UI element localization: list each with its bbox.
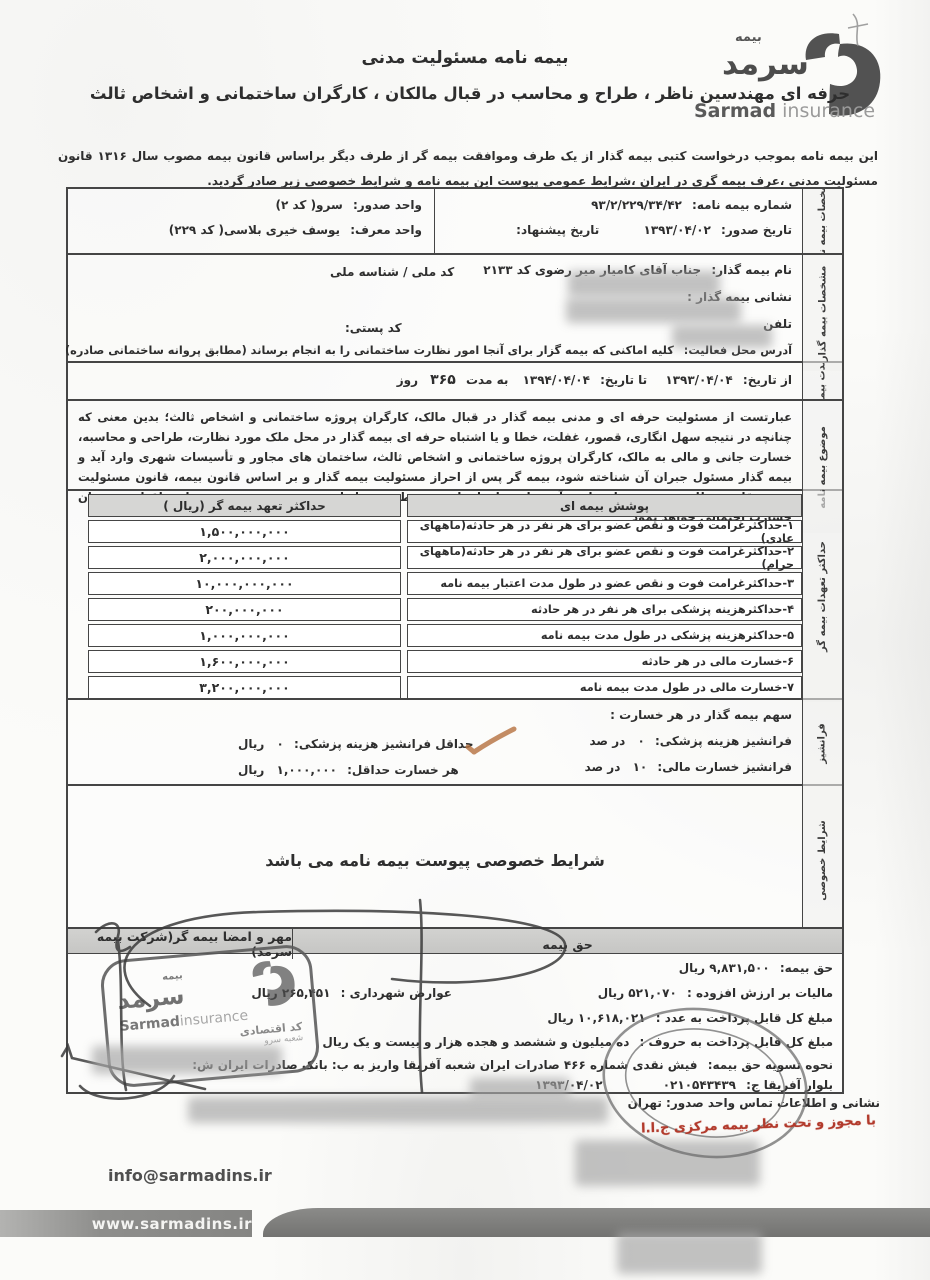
duration-from-label: از تاریخ: [743, 373, 792, 387]
redaction-contact-info [188, 1097, 608, 1123]
coverage-amount: ۱,۶۰۰,۰۰۰,۰۰۰ [88, 650, 401, 673]
issuing-unit-value: سرو( کد ۲) [275, 198, 342, 212]
referrer-unit-value: یوسف خیری بلاسی( کد ۲۲۹) [169, 223, 340, 237]
side-label-duration: مدت بیمه [802, 363, 842, 399]
duration-days-value: ۳۶۵ [430, 372, 456, 388]
coverage-row: ۲-حداکثرغرامت فوت و نقص عضو برای هر نفر … [68, 546, 802, 569]
insured-name-label: نام بیمه گذار: [711, 263, 792, 277]
settlement-line2: بلوار آفریقا ج: ۰۲۱۰۵۴۳۴۳۹ ۱۳۹۳/۰۴/۰۲ [535, 1078, 833, 1092]
coverage-amount: ۱۰,۰۰۰,۰۰۰,۰۰۰ [88, 572, 401, 595]
duration-from-value: ۱۳۹۳/۰۴/۰۴ [665, 373, 732, 387]
premium-header-row: حق بیمه مهر و امضا بیمه گر(شرکت بیمه سرم… [68, 929, 842, 954]
medical-deductible-row: فرانشیز هزینه پزشکی: ۰ در صد حداقل فرانش… [78, 734, 792, 760]
premium-label: حق بیمه: [780, 961, 833, 975]
coverage-label: ۳-حداکثرغرامت فوت و نقص عضو در طول مدت ا… [407, 572, 802, 595]
duration-for-label: به مدت [466, 373, 508, 387]
municipal-label: عوارض شهرداری : [341, 986, 452, 1000]
coverage-amount: ۳,۲۰۰,۰۰۰,۰۰۰ [88, 676, 401, 699]
redaction-bottom-2 [617, 1232, 762, 1274]
total-digits-line: مبلغ کل قابل پرداخت به عدد : ۱۰,۶۱۸,۰۲۱ … [547, 1011, 833, 1025]
redaction-stamp-code [92, 1046, 282, 1074]
proposal-date-label: تاریخ پیشنهاد: [516, 223, 599, 237]
coverage-amount: ۱,۵۰۰,۰۰۰,۰۰۰ [88, 520, 401, 543]
website-bar: www.sarmadins.ir [0, 1210, 252, 1237]
policy-specs-content: شماره بیمه نامه: ۹۳/۲/۲۲۹/۳۴/۴۲ تاریخ صد… [68, 189, 802, 253]
stamp-logo-icon [244, 951, 301, 1011]
stamp-sarmad-text: سرمد [116, 981, 185, 1015]
redaction-account [470, 1078, 570, 1098]
side-label-insured: مشخصات بیمه گذار [802, 255, 842, 371]
settlement-address: بلوار آفریقا ج: [746, 1078, 833, 1092]
policy-number-row: شماره بیمه نامه: ۹۳/۲/۲۲۹/۳۴/۴۲ [445, 198, 792, 212]
footer-swoosh-graphic [263, 1208, 930, 1237]
coverage-row: ۵-حداکثرهزینه پزشکی در طول مدت بیمه نامه… [68, 624, 802, 647]
premium-value: ۹,۸۳۱,۵۰۰ ریال [679, 961, 770, 975]
vat-label: مالیات بر ارزش افزوده : [687, 986, 833, 1000]
policy-number-label: شماره بیمه نامه: [692, 198, 792, 212]
redaction-address [566, 298, 741, 323]
redaction-phone [672, 325, 772, 348]
section-duration: مدت بیمه از تاریخ: ۱۳۹۳/۰۴/۰۴ تا تاریخ: … [68, 363, 842, 401]
deductible-title-row: سهم بیمه گذار در هر خسارت : [78, 708, 792, 734]
coverage-row: ۴-حداکثرهزینه پزشکی برای هر نفر در هر حا… [68, 598, 802, 621]
duration-days-unit: روز [397, 373, 418, 387]
coverage-col-header: پوشش بیمه ای [407, 494, 802, 517]
section-coverage: حداکثر تعهدات بیمه گر پوشش بیمه ای حداکث… [68, 491, 842, 700]
section-deductible: فرانشیز سهم بیمه گذار در هر خسارت : فران… [68, 700, 842, 786]
section-subject: موضوع بیمه نامه عبارتست از مسئولیت حرفه … [68, 401, 842, 491]
medical-min-value: ۰ [277, 737, 284, 751]
duration-to-label: تا تاریخ: [600, 373, 647, 387]
medical-min-label: حداقل فرانشیز هزینه پزشکی: [294, 737, 473, 751]
side-label-text: مشخصات بیمه گذار [817, 265, 828, 361]
coverage-amount: ۲۰۰,۰۰۰,۰۰۰ [88, 598, 401, 621]
national-id-label: کد ملی / شناسه ملی [330, 265, 454, 279]
logo-latin-text: Sarmad insurance [694, 100, 875, 122]
website-text: www.sarmadins.ir [92, 1215, 252, 1233]
financial-min-value: ۱,۰۰۰,۰۰۰ [277, 763, 337, 777]
document-subtitle: حرفه ای مهندسین ناظر ، طراح و محاسب در ق… [70, 84, 870, 103]
coverage-row: ۶-خسارت مالی در هر حادثه ۱,۶۰۰,۰۰۰,۰۰۰ [68, 650, 802, 673]
deductible-content: سهم بیمه گذار در هر خسارت : فرانشیز هزین… [68, 700, 802, 786]
coverage-table: پوشش بیمه ای حداکثر تعهد بیمه گر (ریال )… [68, 491, 802, 702]
policy-specs-right: شماره بیمه نامه: ۹۳/۲/۲۲۹/۳۴/۴۲ تاریخ صد… [434, 189, 802, 253]
duration-to-value: ۱۳۹۴/۰۴/۰۴ [523, 373, 590, 387]
coverage-label: ۶-خسارت مالی در هر حادثه [407, 650, 802, 673]
side-label-special: شرایط خصوصی [802, 786, 842, 935]
financial-min-label: هر خسارت حداقل: [347, 763, 459, 777]
percent-unit: در صد [585, 760, 621, 774]
section-policy-specs: مشخصات بیمه نامه شماره بیمه نامه: ۹۳/۲/۲… [68, 189, 842, 255]
coverage-amount: ۲,۰۰۰,۰۰۰,۰۰۰ [88, 546, 401, 569]
coverage-label: ۷-خسارت مالی در طول مدت بیمه نامه [407, 676, 802, 699]
duration-content: از تاریخ: ۱۳۹۳/۰۴/۰۴ تا تاریخ: ۱۳۹۴/۰۴/۰… [68, 363, 802, 399]
coverage-row: ۱-حداکثرغرامت فوت و نقص عضو برای هر نفر … [68, 520, 802, 543]
coverage-label: ۲-حداکثرغرامت فوت و نقص عضو برای هر نفر … [407, 546, 802, 569]
rial-unit: ریال [238, 737, 264, 751]
stamp-fa-text: بیمه سرمد [115, 970, 185, 1015]
side-label-text: مشخصات بیمه نامه [817, 189, 828, 253]
rial-unit: ریال [238, 763, 264, 777]
coverage-label: ۴-حداکثرهزینه پزشکی برای هر نفر در هر حا… [407, 598, 802, 621]
activity-value: کلیه اماکنی که بیمه گزار برای آنجا امور … [65, 344, 674, 357]
financial-deductible-value: ۱۰ [633, 760, 648, 774]
premium-amount-line: حق بیمه: ۹,۸۳۱,۵۰۰ ریال [679, 961, 833, 975]
logo-sarmad-text: سرمد [722, 46, 809, 82]
side-label-coverage: حداکثر تعهدات بیمه گر [802, 491, 842, 702]
vat-value: ۵۲۱,۰۷۰ ریال [598, 986, 677, 1000]
total-words-line: مبلغ کل قابل پرداخت به حروف : ده میلیون … [322, 1035, 833, 1049]
percent-unit: در صد [589, 734, 625, 748]
referrer-unit-label: واحد معرف: [350, 223, 422, 237]
total-digits-label: مبلغ کل قابل پرداخت به عدد : [656, 1011, 833, 1025]
referrer-unit-row: واحد معرف: یوسف خیری بلاسی( کد ۲۲۹) [80, 223, 422, 237]
issuing-unit-label: واحد صدور: [353, 198, 422, 212]
side-label-text: فرانشیز [817, 723, 828, 763]
logo-latin-light: insurance [782, 100, 875, 122]
settlement-label: نحوه تسویه حق بیمه: [708, 1058, 833, 1072]
email-text: info@sarmadins.ir [108, 1166, 272, 1185]
coverage-label: ۵-حداکثرهزینه پزشکی در طول مدت بیمه نامه [407, 624, 802, 647]
policy-number-value: ۹۳/۲/۲۲۹/۳۴/۴۲ [591, 198, 682, 212]
postal-code-label: کد پستی: [345, 321, 402, 335]
total-words-value: ده میلیون و ششصد و هجده هزار و بیست و یک… [322, 1035, 629, 1049]
financial-deductible-label: فرانشیز خسارت مالی: [657, 760, 792, 774]
central-insurance-red-stamp: با مجوز و تحت نظر بیمه مرکزی ج.ا.ا [606, 1113, 876, 1137]
side-label-text: حداکثر تعهدات بیمه گر [817, 541, 828, 652]
side-label-deductible: فرانشیز [802, 700, 842, 786]
side-label-policy-specs: مشخصات بیمه نامه [802, 189, 842, 253]
coverage-row: ۳-حداکثرغرامت فوت و نقص عضو در طول مدت ا… [68, 572, 802, 595]
coverage-header-row: پوشش بیمه ای حداکثر تعهد بیمه گر (ریال ) [68, 494, 802, 517]
financial-deductible-row: فرانشیز خسارت مالی: ۱۰ در صد هر خسارت حد… [78, 760, 792, 786]
account-number: ۰۲۱۰۵۴۳۴۳۹ [663, 1078, 736, 1092]
document-title: بیمه نامه مسئولیت مدنی [250, 48, 680, 68]
special-conditions-text: شرایط خصوصی پیوست بیمه نامه می باشد [68, 786, 802, 935]
side-label-text: مدت بیمه [817, 363, 828, 399]
total-words-label: مبلغ کل قابل پرداخت به حروف : [640, 1035, 833, 1049]
coverage-label: ۱-حداکثرغرامت فوت و نقص عضو برای هر نفر … [407, 520, 802, 543]
issue-date-value: ۱۳۹۳/۰۴/۰۲ [644, 223, 711, 237]
issue-date-label: تاریخ صدور: [721, 223, 792, 237]
coverage-row: ۷-خسارت مالی در طول مدت بیمه نامه ۳,۲۰۰,… [68, 676, 802, 699]
total-digits-value: ۱۰,۶۱۸,۰۲۱ ریال [547, 1011, 645, 1025]
section-special-conditions: شرایط خصوصی شرایط خصوصی پیوست بیمه نامه … [68, 786, 842, 935]
side-label-text: شرایط خصوصی [817, 820, 828, 901]
logo-bime-text: بیمه [735, 30, 762, 45]
vat-line: مالیات بر ارزش افزوده : ۵۲۱,۰۷۰ ریال [598, 986, 833, 1000]
scanned-insurance-policy: بیمه سرمد Sarmad insurance بیمه نامه مسئ… [0, 0, 930, 1280]
deductible-title: سهم بیمه گذار در هر خسارت : [610, 708, 792, 722]
redaction-national-id [568, 271, 720, 297]
medical-deductible-label: فرانشیز هزینه پزشکی: [655, 734, 792, 748]
policy-specs-left: واحد صدور: سرو( کد ۲) واحد معرف: یوسف خی… [68, 189, 434, 253]
redaction-bottom-1 [575, 1140, 760, 1186]
logo-latin-bold: Sarmad [694, 100, 776, 122]
coverage-amount: ۱,۰۰۰,۰۰۰,۰۰۰ [88, 624, 401, 647]
max-commitment-col-header: حداکثر تعهد بیمه گر (ریال ) [88, 494, 401, 517]
issuing-unit-row: واحد صدور: سرو( کد ۲) [80, 198, 422, 212]
issue-date-row: تاریخ صدور: ۱۳۹۳/۰۴/۰۲ تاریخ پیشنهاد: [445, 223, 792, 237]
medical-deductible-value: ۰ [637, 734, 644, 748]
